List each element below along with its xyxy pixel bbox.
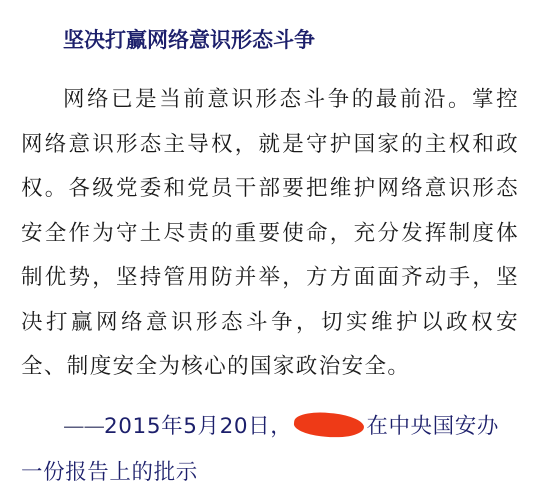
em-dash: —— (63, 414, 104, 439)
article-title: 坚决打赢网络意识形态斗争 (63, 24, 315, 54)
source-date: 2015年5月20日， (104, 414, 292, 439)
article-paragraph: 网络已是当前意识形态斗争的最前沿。掌控网络意识形态主导权，就是守护国家的主权和政… (21, 78, 519, 390)
redaction-mark (293, 409, 365, 440)
source-attribution: ——2015年5月20日，在中央国安办一份报告上的批示 (21, 404, 519, 496)
